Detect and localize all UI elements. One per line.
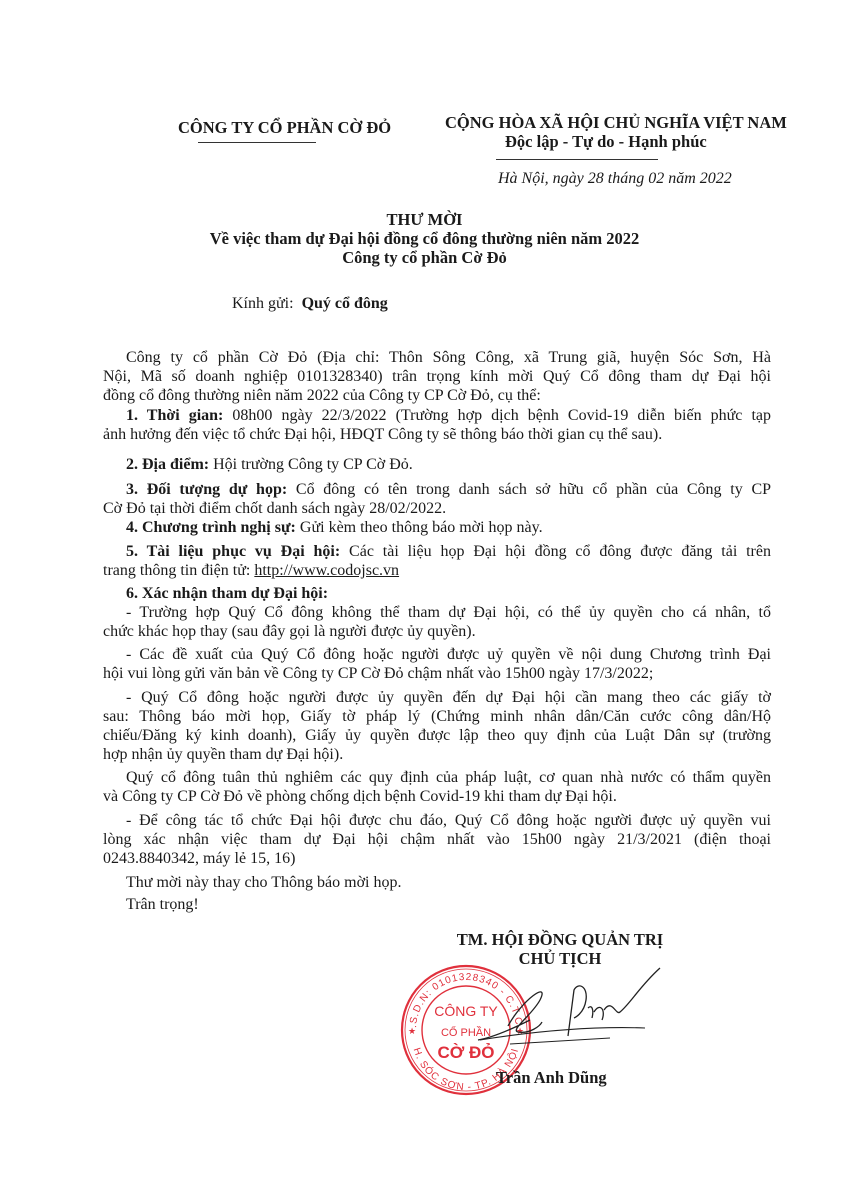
intro-line: đồng cổ đông thường niên năm 2022 của Cô… bbox=[103, 386, 771, 406]
confirm-bullet: - Quý Cổ đông hoặc người được ủy quyền đ… bbox=[103, 688, 771, 708]
confirm-bullet-cont: hợp nhận ủy quyền tham dự Đại hội). bbox=[103, 745, 771, 765]
svg-text:★: ★ bbox=[408, 1026, 416, 1036]
confirm-bullet-cont: hội vui lòng gửi văn bản về Công ty CP C… bbox=[103, 664, 771, 684]
confirm-bullet: - Các đề xuất của Quý Cổ đông hoặc người… bbox=[103, 645, 771, 665]
website-link[interactable]: http://www.codojsc.vn bbox=[254, 562, 399, 579]
item-time-cont: ảnh hưởng đến việc tổ chức Đại hội, HĐQT… bbox=[103, 425, 771, 445]
letter-title: THƯ MỜI bbox=[0, 210, 849, 230]
motto: Độc lập - Tự do - Hạnh phúc bbox=[505, 132, 707, 152]
confirm-bullet: - Trường hợp Quý Cổ đông không thể tham … bbox=[103, 603, 771, 623]
closing-greeting: Trân trọng! bbox=[103, 895, 771, 915]
confirm-bullet-cont: lòng xác nhận việc tham dự Đại hội chậm … bbox=[103, 830, 771, 850]
item-attendees: 3. Đối tượng dự họp: Cổ đông có tên tron… bbox=[103, 480, 771, 500]
item-attendees-cont: Cờ Đỏ tại thời điểm chốt danh sách ngày … bbox=[103, 499, 771, 519]
document-page: CÔNG TY CỔ PHẦN CỜ ĐỎ CỘNG HÒA XÃ HỘI CH… bbox=[0, 0, 849, 1200]
compliance-paragraph: Quý cổ đông tuân thủ nghiêm các quy định… bbox=[103, 768, 771, 788]
confirm-bullet-cont: chức khác họp thay (sau đây gọi là người… bbox=[103, 622, 771, 642]
letter-company: Công ty cổ phần Cờ Đỏ bbox=[0, 248, 849, 268]
letter-subtitle: Về việc tham dự Đại hội đồng cổ đông thư… bbox=[0, 229, 849, 249]
company-name: CÔNG TY CỔ PHẦN CỜ ĐỎ bbox=[178, 118, 391, 138]
salutation-label: Kính gửi: bbox=[232, 295, 294, 312]
item-documents: 5. Tài liệu phục vụ Đại hội: Các tài liệ… bbox=[103, 542, 771, 562]
signer-name: Trần Anh Dũng bbox=[496, 1068, 607, 1088]
confirm-bullet-cont: 0243.8840342, máy lẻ 15, 16) bbox=[103, 849, 771, 869]
confirm-bullet-cont: sau: Thông báo mời họp, Giấy tờ pháp lý … bbox=[103, 707, 771, 727]
motto-underline bbox=[496, 159, 658, 160]
item-confirm-heading: 6. Xác nhận tham dự Đại hội: bbox=[103, 584, 771, 604]
closing-line: Thư mời này thay cho Thông báo mời họp. bbox=[103, 873, 771, 893]
item-time: 1. Thời gian: 08h00 ngày 22/3/2022 (Trườ… bbox=[103, 406, 771, 426]
place-date: Hà Nội, ngày 28 tháng 02 năm 2022 bbox=[498, 170, 732, 188]
salutation-recipient: Quý cổ đông bbox=[302, 295, 388, 312]
signature-on-behalf: TM. HỘI ĐỒNG QUẢN TRỊ bbox=[430, 930, 690, 950]
company-underline bbox=[198, 142, 316, 143]
confirm-bullet-cont: chiếu/Đăng ký kinh doanh), Giấy ủy quyền… bbox=[103, 726, 771, 746]
salutation: Kính gửi: Quý cổ đông bbox=[232, 295, 388, 313]
compliance-paragraph-cont: và Công ty CP Cờ Đỏ về phòng chống dịch … bbox=[103, 787, 771, 807]
intro-line: Công ty cổ phần Cờ Đỏ (Địa chỉ: Thôn Sôn… bbox=[103, 348, 771, 368]
confirm-bullet: - Để công tác tổ chức Đại hội được chu đ… bbox=[103, 811, 771, 831]
item-agenda: 4. Chương trình nghị sự: Gửi kèm theo th… bbox=[103, 518, 771, 538]
item-documents-cont: trang thông tin điện tử: http://www.codo… bbox=[103, 561, 771, 581]
country-name: CỘNG HÒA XÃ HỘI CHỦ NGHĨA VIỆT NAM bbox=[445, 113, 787, 133]
handwritten-signature-icon bbox=[470, 960, 710, 1080]
intro-line: Nội, Mã số doanh nghiệp 0101328340) trân… bbox=[103, 367, 771, 387]
item-venue: 2. Địa điểm: Hội trường Công ty CP Cờ Đỏ… bbox=[103, 455, 771, 475]
